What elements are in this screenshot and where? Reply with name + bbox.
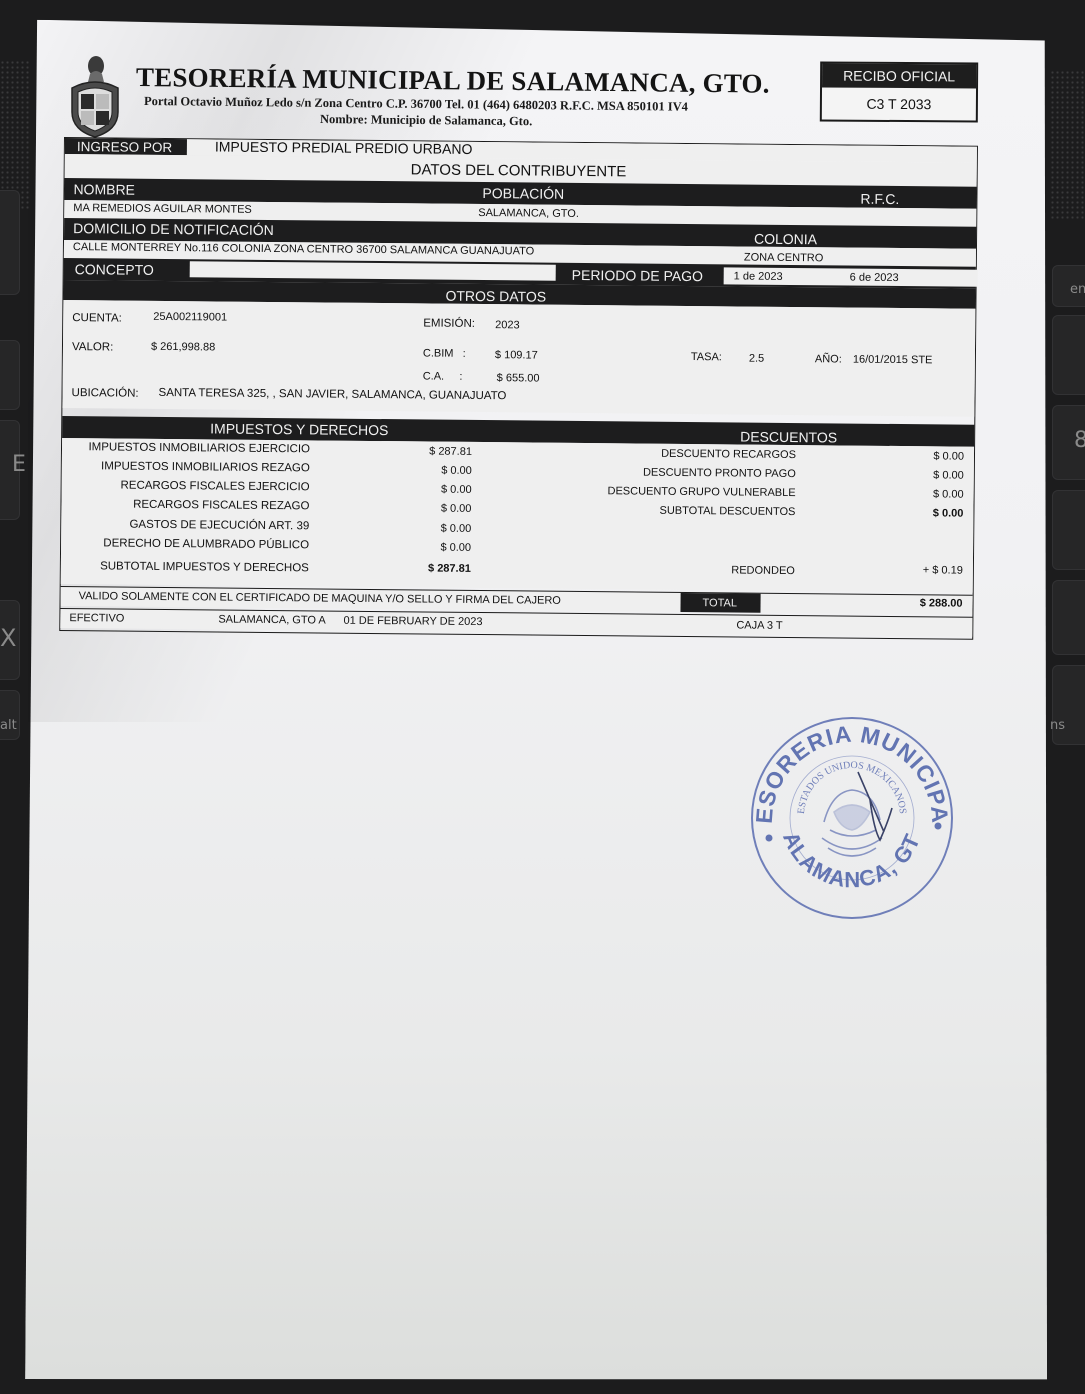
total-amount: $ 288.00	[920, 597, 963, 609]
tasa-label: TASA:	[691, 351, 722, 363]
impuestos-subtotal-amount: $ 287.81	[428, 563, 471, 575]
impuesto-item-label: RECARGOS FISCALES REZAGO	[133, 499, 309, 513]
cuenta-value: 25A002119001	[153, 311, 227, 324]
keyboard-key	[1052, 665, 1085, 745]
keyboard-key	[0, 340, 20, 410]
impuesto-item-amount: $ 0.00	[441, 503, 472, 515]
emision-label: EMISIÓN:	[423, 317, 475, 329]
impuesto-item-label: RECARGOS FISCALES EJERCICIO	[120, 480, 309, 494]
valor-label: VALOR:	[72, 341, 113, 353]
total-label-box: TOTAL	[680, 593, 760, 613]
municipal-crest-icon	[66, 54, 124, 138]
ingreso-value: IMPUESTO PREDIAL PREDIO URBANO	[215, 138, 473, 156]
concepto-field	[190, 261, 556, 281]
rfc-label: R.F.C.	[860, 191, 899, 207]
domicilio-value: CALLE MONTERREY No.116 COLONIA ZONA CENT…	[73, 241, 534, 257]
key-label: E	[12, 452, 26, 477]
valor-value: $ 261,998.88	[151, 341, 215, 354]
periodo-desde: 1 de 2023	[734, 270, 783, 282]
impuesto-item-amount: $ 0.00	[441, 465, 472, 477]
anio-label: AÑO:	[815, 353, 842, 365]
ubicacion-value: SANTA TERESA 325, , SAN JAVIER, SALAMANC…	[158, 387, 506, 402]
ubicacion-label: UBICACIÓN:	[71, 387, 138, 400]
emision-value: 2023	[495, 319, 520, 331]
impuesto-item-amount: $ 0.00	[441, 523, 472, 535]
nombre-label: NOMBRE	[73, 181, 135, 198]
otros-datos-title: OTROS DATOS	[445, 288, 546, 305]
periodo-hasta: 6 de 2023	[850, 272, 899, 284]
tasa-value: 2.5	[749, 353, 764, 365]
descuentos-title: DESCUENTOS	[740, 429, 837, 446]
receipt-label: RECIBO OFICIAL	[822, 63, 976, 88]
contribuyente-title: DATOS DEL CONTRIBUYENTE	[411, 161, 627, 180]
domicilio-label: DOMICILIO DE NOTIFICACIÓN	[73, 220, 274, 238]
place-date: SALAMANCA, GTO A 01 DE FEBRUARY DE 2023	[218, 614, 482, 629]
concepto-label: CONCEPTO	[75, 261, 154, 278]
impuesto-item-label: GASTOS DE EJECUCIÓN ART. 39	[129, 519, 309, 533]
otros-datos-body: CUENTA: 25A002119001 EMISIÓN: 2023 VALOR…	[62, 300, 975, 417]
ingreso-label: INGRESO POR	[77, 139, 172, 155]
anio-value: 16/01/2015 STE	[853, 354, 933, 367]
impuesto-item-label: DERECHO DE ALUMBRADO PÚBLICO	[103, 537, 309, 551]
keyboard-key	[0, 190, 20, 295]
speaker-grille-left	[0, 60, 30, 210]
keyboard-key	[1052, 580, 1085, 655]
descuentos-subtotal-amount: $ 0.00	[933, 507, 964, 519]
descuento-item-label: DESCUENTO PRONTO PAGO	[643, 467, 796, 480]
key-label: X	[0, 624, 16, 652]
impuestos-body: IMPUESTOS INMOBILIARIOS EJERCICIO$ 287.8…	[61, 438, 974, 593]
receipt-form: INGRESO POR IMPUESTO PREDIAL PREDIO URBA…	[59, 137, 978, 640]
descuento-item-amount: $ 0.00	[933, 469, 964, 481]
impuesto-item-label: IMPUESTOS INMOBILIARIOS REZAGO	[101, 460, 310, 474]
impuesto-item-amount: $ 0.00	[440, 542, 471, 554]
redondeo-amount: + $ 0.19	[923, 564, 963, 576]
ca-label: C.A. :	[423, 370, 463, 382]
nombre-value: MA REMEDIOS AGUILAR MONTES	[73, 202, 252, 216]
colonia-label: COLONIA	[754, 231, 817, 248]
cbim-value: $ 109.17	[495, 349, 538, 361]
periodo-label: PERIODO DE PAGO	[572, 267, 703, 284]
receipt-number: C3 T 2033	[822, 87, 976, 120]
ca-value: $ 655.00	[497, 372, 540, 384]
impuestos-subtotal-label: SUBTOTAL IMPUESTOS Y DERECHOS	[100, 560, 309, 574]
descuentos-subtotal-label: SUBTOTAL DESCUENTOS	[659, 505, 795, 518]
redondeo-label: REDONDEO	[731, 564, 795, 577]
key-label: ns	[1050, 718, 1065, 733]
impuesto-item-amount: $ 287.81	[429, 446, 472, 458]
impuesto-item-amount: $ 0.00	[441, 484, 472, 496]
descuento-item-label: DESCUENTO GRUPO VULNERABLE	[607, 485, 795, 499]
keyboard-key	[1052, 315, 1085, 395]
impuestos-title: IMPUESTOS Y DERECHOS	[210, 420, 388, 438]
descuento-item-label: DESCUENTO RECARGOS	[661, 448, 796, 461]
key-label: en	[1070, 282, 1085, 297]
impuesto-item-label: IMPUESTOS INMOBILIARIOS EJERCICIO	[88, 441, 310, 455]
keyboard-key	[1052, 490, 1085, 570]
issuer-name: Nombre: Municipio de Salamanca, Gto.	[320, 112, 532, 129]
poblacion-value: SALAMANCA, GTO.	[478, 207, 579, 220]
receipt-number-box: RECIBO OFICIAL C3 T 2033	[820, 61, 978, 122]
key-label: 8	[1074, 428, 1085, 453]
colonia-value: ZONA CENTRO	[744, 252, 824, 265]
key-label: alt	[0, 718, 17, 733]
speaker-grille-right	[1050, 70, 1085, 220]
total-label: TOTAL	[702, 597, 737, 609]
validity-note: VALIDO SOLAMENTE CON EL CERTIFICADO DE M…	[79, 590, 561, 607]
caja: CAJA 3 T	[736, 619, 782, 631]
poblacion-label: POBLACIÓN	[482, 185, 564, 202]
cuenta-label: CUENTA:	[72, 312, 122, 324]
payment-method: EFECTIVO	[69, 612, 124, 625]
official-stamp-icon: TESORERIA MUNICIPAL SALAMANCA, GTO ESTAD…	[742, 712, 962, 924]
descuento-item-amount: $ 0.00	[933, 488, 964, 500]
descuento-item-amount: $ 0.00	[933, 450, 964, 462]
cbim-label: C.BIM :	[423, 347, 466, 359]
periodo-field: 1 de 2023 6 de 2023	[724, 267, 978, 286]
